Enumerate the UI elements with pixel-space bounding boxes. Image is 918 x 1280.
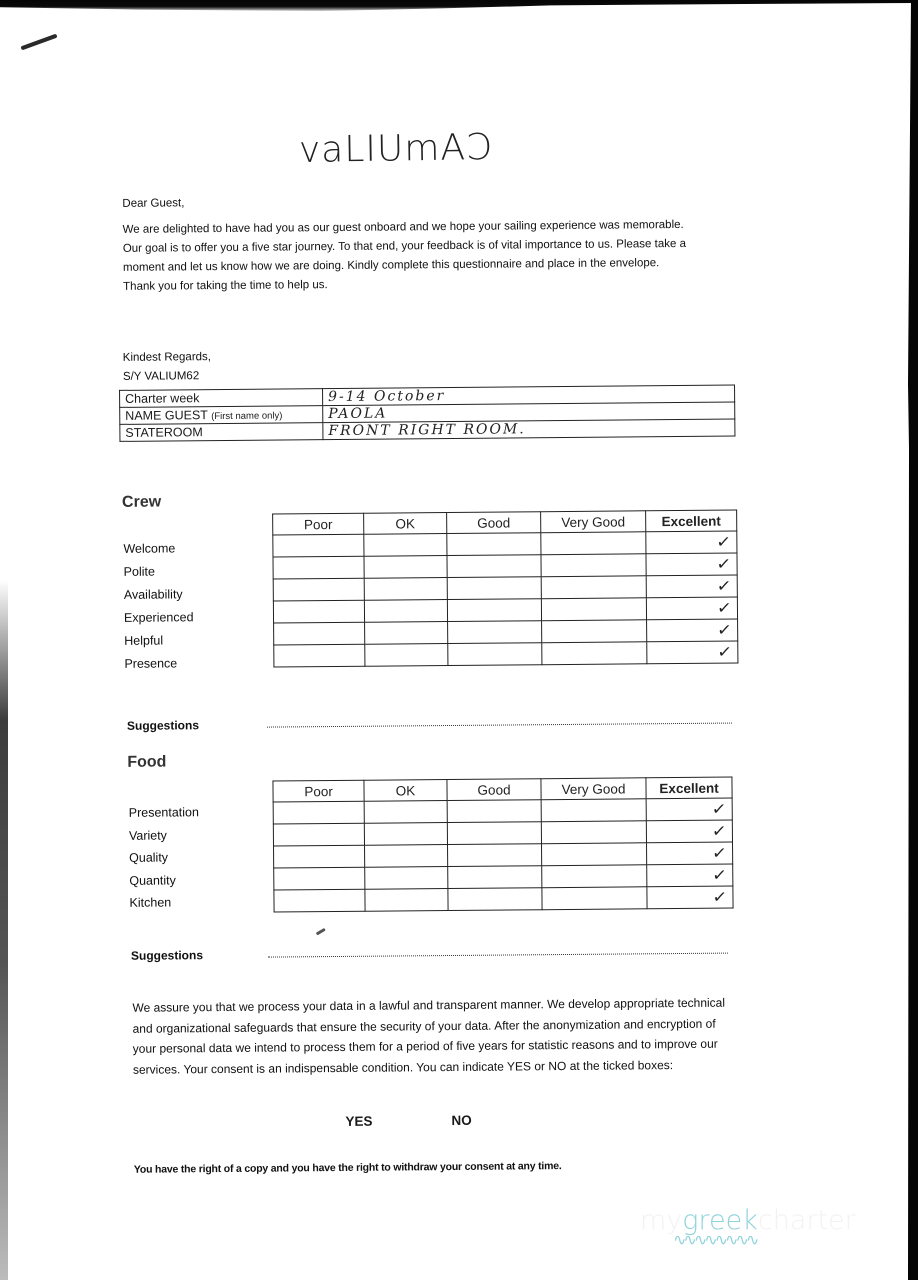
crew-section-title: Crew [122, 494, 161, 512]
food-suggestions-label: Suggestions [131, 948, 203, 963]
charter-week-label: Charter week [120, 389, 323, 408]
checkmark-icon: ✓ [711, 867, 727, 885]
rating-checkbox-poor[interactable] [274, 889, 365, 912]
intro-letter: We are delighted to have had you as our … [123, 216, 704, 297]
rating-row-label: Presence [124, 652, 194, 676]
rating-checkbox-good[interactable] [447, 800, 541, 823]
questionnaire-page: vaLIUmAƆ Dear Guest, We are delighted to… [0, 0, 918, 1280]
rating-checkbox-ok[interactable] [365, 867, 448, 890]
rating-header-poor: Poor [273, 780, 364, 802]
rating-checkbox-ok[interactable] [365, 845, 448, 868]
checkmark-icon: ✓ [715, 534, 731, 552]
rating-checkbox-good[interactable] [447, 577, 541, 600]
rating-checkbox-excellent[interactable]: ✓ [647, 864, 733, 887]
rating-row-label: Variety [129, 824, 199, 847]
rating-header-good: Good [447, 512, 541, 534]
rating-checkbox-excellent[interactable]: ✓ [646, 597, 737, 620]
rating-checkbox-good[interactable] [447, 822, 541, 845]
rating-header-poor: Poor [273, 513, 364, 535]
rating-checkbox-ok[interactable] [364, 578, 447, 601]
rating-checkbox-very-good[interactable] [542, 642, 647, 665]
checkmark-icon: ✓ [711, 889, 727, 907]
rating-checkbox-poor[interactable] [274, 867, 365, 890]
rating-checkbox-excellent[interactable]: ✓ [646, 531, 737, 554]
rating-header-excellent: Excellent [646, 510, 737, 532]
rating-checkbox-excellent[interactable]: ✓ [647, 619, 738, 642]
checkmark-icon: ✓ [716, 600, 732, 618]
rating-row-label: Quantity [129, 869, 199, 892]
rating-checkbox-ok[interactable] [364, 600, 447, 623]
rating-checkbox-excellent[interactable]: ✓ [646, 553, 737, 576]
closing: Kindest Regards, [123, 348, 211, 368]
rating-checkbox-good[interactable] [448, 866, 542, 889]
rating-row-label: Presentation [129, 801, 199, 824]
rating-row-label: Quality [129, 846, 199, 869]
waves-icon: ∿∿∿∿∿∿∿∿ [673, 1236, 791, 1246]
rating-checkbox-very-good[interactable] [541, 554, 646, 577]
rating-row-label: Availability [124, 583, 194, 607]
rating-header-good: Good [447, 779, 541, 801]
rating-checkbox-good[interactable] [447, 555, 541, 578]
rating-checkbox-good[interactable] [447, 533, 541, 556]
rating-checkbox-excellent[interactable]: ✓ [647, 641, 738, 664]
checkmark-icon: ✓ [716, 578, 732, 596]
closing-block: Kindest Regards, S/Y VALIUM62 [123, 348, 212, 387]
rating-row-label: Polite [124, 560, 194, 584]
guest-info-table: Charter week 9-14 October NAME GUEST (Fi… [119, 385, 735, 442]
intro-paragraph: Our goal is to offer you a five star jou… [123, 235, 703, 278]
rating-row-label: Kitchen [129, 891, 199, 914]
rating-header-very-good: Very Good [541, 778, 646, 800]
crew-suggestions-field[interactable] [267, 723, 732, 728]
rating-checkbox-excellent[interactable]: ✓ [646, 820, 732, 843]
guest-name-label: NAME GUEST (First name only) [120, 406, 323, 425]
rating-header-ok: OK [364, 780, 447, 802]
consent-yes-option[interactable]: YES [345, 1114, 372, 1129]
rights-notice: You have the right of a copy and you hav… [134, 1157, 562, 1180]
rating-checkbox-very-good[interactable] [541, 598, 646, 621]
stateroom-label: STATEROOM [120, 423, 323, 442]
rating-checkbox-good[interactable] [448, 844, 542, 867]
rating-checkbox-ok[interactable] [365, 889, 448, 912]
rating-checkbox-ok[interactable] [364, 556, 447, 579]
checkmark-icon: ✓ [716, 556, 732, 574]
rating-checkbox-very-good[interactable] [541, 532, 646, 555]
rating-checkbox-excellent[interactable]: ✓ [646, 798, 732, 821]
consent-no-option[interactable]: NO [451, 1113, 471, 1128]
rating-checkbox-poor[interactable] [274, 622, 365, 645]
checkmark-icon: ✓ [711, 801, 727, 819]
food-suggestions-field[interactable] [268, 953, 728, 958]
rating-checkbox-poor[interactable] [273, 801, 364, 824]
rating-checkbox-excellent[interactable]: ✓ [646, 842, 732, 865]
consent-text: We assure you that we process your data … [132, 993, 733, 1080]
rating-checkbox-ok[interactable] [365, 622, 448, 645]
checkmark-icon: ✓ [716, 622, 732, 640]
rating-checkbox-good[interactable] [448, 643, 542, 666]
rating-checkbox-very-good[interactable] [542, 887, 647, 910]
rating-row-label: Experienced [124, 606, 194, 630]
pen-mark [316, 928, 326, 936]
crew-rating-table: PoorOKGoodVery GoodExcellent✓✓✓✓✓✓ [272, 509, 738, 667]
rating-checkbox-poor[interactable] [273, 600, 364, 623]
rating-header-ok: OK [364, 513, 447, 535]
rating-checkbox-very-good[interactable] [542, 843, 647, 866]
rating-row: ✓ [274, 886, 733, 912]
signature: S/Y VALIUM62 [123, 367, 211, 387]
rating-checkbox-poor[interactable] [273, 578, 364, 601]
crew-suggestions-label: Suggestions [127, 718, 199, 733]
rating-header-very-good: Very Good [541, 511, 646, 533]
rating-checkbox-poor[interactable] [273, 534, 364, 557]
checkmark-icon: ✓ [711, 823, 727, 841]
greeting: Dear Guest, [122, 194, 184, 214]
food-section-title: Food [127, 753, 166, 771]
rating-checkbox-very-good[interactable] [541, 821, 646, 844]
valium-logo: vaLIUmAƆ [299, 127, 493, 171]
intro-paragraph: Thank you for taking the time to help us… [123, 273, 703, 297]
rating-checkbox-poor[interactable] [274, 644, 365, 667]
rating-checkbox-very-good[interactable] [541, 576, 646, 599]
rating-checkbox-ok[interactable] [364, 801, 447, 824]
rating-checkbox-poor[interactable] [273, 823, 364, 846]
food-rating-table: PoorOKGoodVery GoodExcellent✓✓✓✓✓ [272, 777, 733, 913]
rating-checkbox-ok[interactable] [364, 534, 447, 557]
rating-checkbox-very-good[interactable] [542, 620, 647, 643]
stateroom-field[interactable]: FRONT RIGHT ROOM. [323, 419, 735, 440]
rating-header-excellent: Excellent [646, 777, 732, 799]
rating-checkbox-very-good[interactable] [542, 865, 647, 888]
rating-checkbox-good[interactable] [448, 888, 542, 911]
rating-checkbox-poor[interactable] [274, 845, 365, 868]
rating-checkbox-ok[interactable] [365, 644, 448, 667]
checkmark-icon: ✓ [716, 644, 732, 662]
rating-checkbox-excellent[interactable]: ✓ [646, 575, 737, 598]
food-row-labels: PresentationVarietyQualityQuantityKitche… [129, 801, 200, 914]
mygreekcharter-watermark: mygreekcharter [640, 1205, 856, 1236]
rating-checkbox-excellent[interactable]: ✓ [647, 886, 733, 909]
rating-checkbox-good[interactable] [448, 621, 542, 644]
rating-checkbox-very-good[interactable] [541, 799, 646, 822]
crew-row-labels: WelcomePoliteAvailabilityExperiencedHelp… [123, 537, 194, 676]
rating-row-label: Helpful [124, 629, 194, 653]
rating-checkbox-poor[interactable] [273, 556, 364, 579]
rating-row: ✓ [274, 641, 738, 667]
checkmark-icon: ✓ [711, 845, 727, 863]
rating-checkbox-ok[interactable] [364, 823, 447, 846]
rating-checkbox-good[interactable] [447, 599, 541, 622]
rating-row-label: Welcome [123, 537, 193, 561]
